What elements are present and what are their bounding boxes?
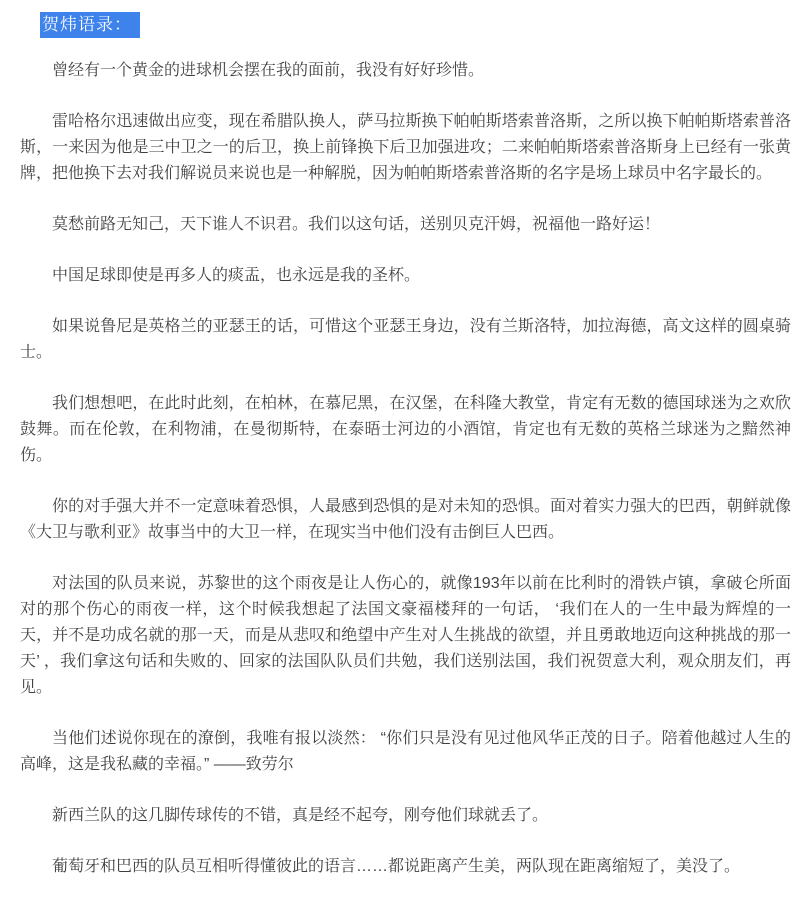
quote-paragraph-7: 你的对手强大并不一定意味着恐惧，人最感到恐惧的是对未知的恐惧。面对着实力强大的巴… [20, 494, 791, 546]
quote-paragraph-10: 新西兰队的这几脚传球传的不错，真是经不起夸，刚夸他们球就丢了。 [20, 803, 791, 829]
title-line: 贺炜语录： [40, 12, 791, 39]
quote-paragraph-6: 我们想想吧，在此时此刻，在柏林，在慕尼黑，在汉堡，在科隆大教堂，肯定有无数的德国… [20, 391, 791, 469]
document-page: 贺炜语录： 曾经有一个黄金的进球机会摆在我的面前，我没有好好珍惜。 雷哈格尔迅速… [0, 0, 811, 905]
quote-paragraph-8: 对法国的队员来说，苏黎世的这个雨夜是让人伤心的，就像193年以前在比利时的滑铁卢… [20, 571, 791, 701]
quote-paragraph-11: 葡萄牙和巴西的队员互相听得懂彼此的语言……都说距离产生美，两队现在距离缩短了，美… [20, 854, 791, 880]
quote-paragraph-2: 雷哈格尔迅速做出应变，现在希腊队换人，萨马拉斯换下帕帕斯塔索普洛斯，之所以换下帕… [20, 109, 791, 187]
quote-paragraph-5: 如果说鲁尼是英格兰的亚瑟王的话，可惜这个亚瑟王身边，没有兰斯洛特，加拉海德，高文… [20, 314, 791, 366]
quote-paragraph-4: 中国足球即使是再多人的痰盂，也永远是我的圣杯。 [20, 263, 791, 289]
page-title-highlighted: 贺炜语录： [40, 12, 140, 38]
quote-paragraph-1: 曾经有一个黄金的进球机会摆在我的面前，我没有好好珍惜。 [20, 58, 791, 84]
quote-paragraph-3: 莫愁前路无知己，天下谁人不识君。我们以这句话，送别贝克汗姆，祝福他一路好运！ [20, 212, 791, 238]
quote-paragraph-9: 当他们述说你现在的潦倒，我唯有报以淡然： “你们只是没有见过他风华正茂的日子。陪… [20, 726, 791, 778]
